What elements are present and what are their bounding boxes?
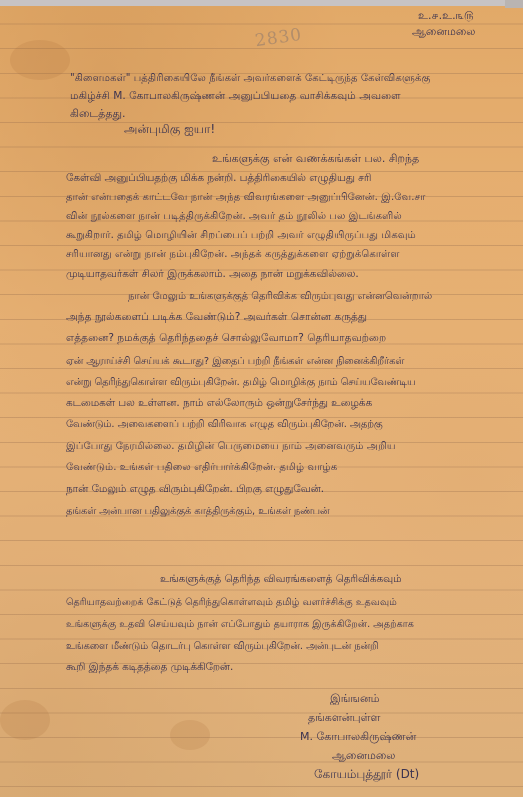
paper-stain <box>0 700 50 740</box>
opening-line: மகிழ்ச்சி M. கோபாலகிருஷ்ணன் அனுப்பியதை வ… <box>70 84 520 103</box>
letter-date-block: உ.௪.உ.௩௫ ஆனைமலை <box>418 8 475 40</box>
closing-regards: இங்ஙனம் <box>330 689 520 708</box>
body-line: வேண்டும். அவைகளைப் பற்றி விரிவாக எழுத வி… <box>66 412 516 432</box>
paper-stain <box>10 40 70 80</box>
body-line: தான் என்பதைக் காட்டவே நான் அந்த விவரங்கள… <box>66 185 516 205</box>
body-line: சரியானது என்று நான் நம்புகிறேன். அந்தக் … <box>66 242 516 262</box>
body-line: கேள்வி அனுப்பியதற்கு மிக்க நன்றி. பத்திர… <box>66 166 516 185</box>
body-line: தெரியாதவற்றைக் கேட்டுத் தெரிந்துகொள்ளவும… <box>66 590 516 610</box>
signature-place: ஆனைமலை <box>332 746 520 765</box>
body-line: தங்கள் அன்பான பதிலுக்குக் காத்திருக்கும்… <box>66 499 516 519</box>
signature-block: இங்ஙனம் தங்களன்புள்ள M. கோபாலகிருஷ்ணன் ஆ… <box>300 689 520 784</box>
letter-date: உ.௪.உ.௩௫ <box>418 8 475 24</box>
body-line: நான் மேலும் எழுத விரும்புகிறேன். பிறகு எ… <box>66 520 516 539</box>
body-line: என்று தெரிந்துகொள்ள விரும்புகிறேன். தமிழ… <box>66 370 516 390</box>
signature-district: கோயம்புத்தூர் (Dt) <box>314 765 520 784</box>
signature-name: M. கோபாலகிருஷ்ணன் <box>300 727 520 746</box>
body-line: அந்த நூல்களைப் படிக்க வேண்டும்? அவர்கள் … <box>66 305 516 324</box>
scan-edge <box>0 0 523 6</box>
body-line: உங்களுக்குத் தெரிந்த விவரங்களைத் தெரிவிக… <box>160 567 522 586</box>
salutation: அன்புமிகு ஐயா! <box>124 118 215 137</box>
body-line: கூறுகிறார். தமிழ் மொழியின் சிறப்பைப் பற்… <box>66 223 516 243</box>
body-line: கூறி இந்தக் கடிதத்தை முடிக்கிறேன். <box>66 655 516 674</box>
closing-yours: தங்களன்புள்ள <box>308 708 520 727</box>
paper-stain <box>170 720 210 750</box>
body-line: இப்போது நேரமில்லை. தமிழின் பெருமையை நாம்… <box>66 434 516 454</box>
pencil-annotation: 2830 <box>254 25 304 51</box>
body-line: உங்களை மீண்டும் தொடர்பு கொள்ள விரும்புகி… <box>66 634 516 654</box>
body-line: உங்களுக்கு என் வணக்கங்கள் பல. சிறந்த <box>212 147 522 166</box>
body-line: எத்தனை? நமக்குத் தெரிந்ததைச் சொல்லுவோமா?… <box>66 326 516 345</box>
body-line: ஏன் ஆராய்ச்சி செய்யக் கூடாது? இதைப் பற்ற… <box>66 349 516 369</box>
letter-page: 2830 உ.௪.உ.௩௫ ஆனைமலை "கிளைமகள்" பத்திரிக… <box>0 0 523 797</box>
body-line: நான் மேலும் உங்களுக்குத் தெரிவிக்க விரும… <box>128 284 522 304</box>
opening-line: "கிளைமகள்" பத்திரிகையிலே நீங்கள் அவர்களை… <box>70 66 520 86</box>
body-line: உங்களுக்கு உதவி செய்யவும் நான் எப்போதும்… <box>66 612 516 632</box>
body-line: முடியாதவர்கள் சிலர் இருக்கலாம். அதை நான்… <box>66 262 516 281</box>
body-line: வின் நூல்களை நான் படித்திருக்கிறேன். அவர… <box>66 204 516 224</box>
body-line: நான் மேலும் எழுத விரும்புகிறேன். பிறகு எ… <box>66 477 516 496</box>
scan-edge-corner <box>505 0 523 8</box>
letter-place: ஆனைமலை <box>412 24 475 40</box>
body-line: கடமைகள் பல உள்ளன. நாம் எல்லோரும் ஒன்றுசே… <box>66 391 516 410</box>
body-line: வேண்டும். உங்கள் பதிலை எதிர்பார்க்கிறேன்… <box>66 455 516 475</box>
